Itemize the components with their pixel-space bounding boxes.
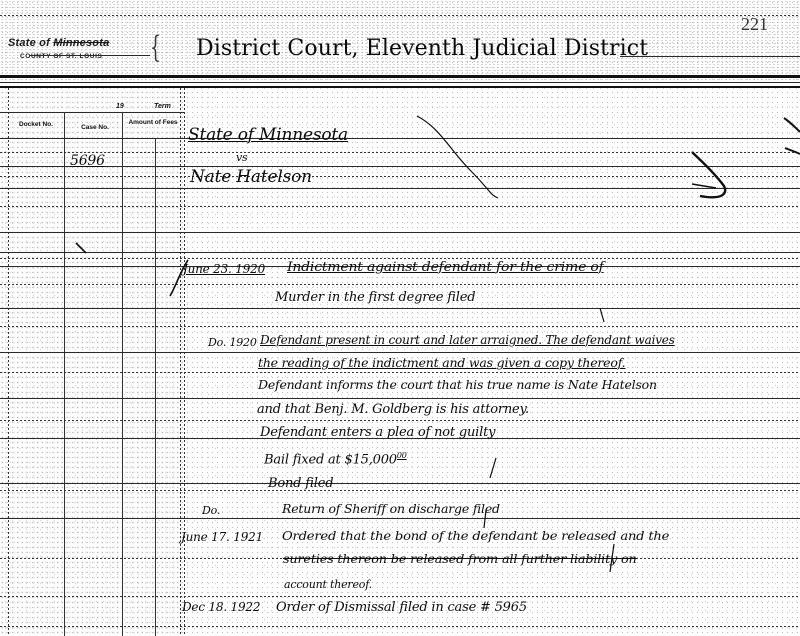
entry-line: Murder in the first degree filed bbox=[275, 290, 475, 305]
margin-stroke bbox=[785, 148, 800, 154]
entry-line: Order of Dismissal filed in case # 5965 bbox=[276, 600, 527, 615]
row-rule bbox=[0, 232, 800, 233]
row-rule bbox=[0, 372, 800, 373]
row-rule bbox=[0, 352, 800, 353]
state-prefix: State of bbox=[8, 37, 50, 49]
descender-stroke bbox=[600, 308, 604, 322]
entry-line: account thereof. bbox=[284, 578, 372, 591]
entry-date: Dec 18. 1922 bbox=[182, 600, 260, 614]
margin-stroke bbox=[784, 118, 800, 132]
col-line-entries bbox=[180, 88, 181, 636]
state-label: State of Minnesota bbox=[8, 37, 109, 49]
row-rule bbox=[0, 483, 800, 484]
entry-date: Do. bbox=[202, 504, 220, 517]
row-rule bbox=[0, 398, 800, 399]
defendant-name: Nate Hatelson bbox=[190, 167, 312, 187]
row-rule bbox=[0, 206, 800, 207]
rule-top bbox=[0, 15, 800, 16]
descender-stroke bbox=[490, 458, 496, 478]
col-header-case-no: Case No. bbox=[68, 124, 122, 131]
row-rule bbox=[0, 626, 800, 627]
row-rule bbox=[0, 252, 800, 253]
entry-line: Defendant present in court and later arr… bbox=[260, 333, 675, 347]
closing-bracket-stroke bbox=[692, 152, 725, 197]
col-line-fees bbox=[155, 138, 156, 636]
rule-header-thin bbox=[0, 82, 800, 83]
entry-line: Defendant informs the court that his tru… bbox=[258, 377, 657, 392]
col-header-docket-no: Docket No. bbox=[14, 121, 58, 128]
entry-line: sureties thereon be released from all fu… bbox=[283, 551, 637, 566]
row-rule bbox=[0, 596, 800, 597]
page-number: 221 bbox=[741, 14, 768, 35]
row-rule bbox=[0, 326, 800, 327]
entry-line: Ordered that the bond of the defendant b… bbox=[282, 528, 669, 543]
row-rule bbox=[0, 152, 800, 153]
entry-date: June 17. 1921 bbox=[181, 530, 263, 544]
row-rule bbox=[0, 308, 800, 309]
rule-county bbox=[30, 55, 150, 56]
ledger-page: State of Minnesota COUNTY OF ST. LOUIS {… bbox=[0, 0, 800, 636]
row-rule bbox=[0, 518, 800, 519]
bail-cents: 00 bbox=[397, 451, 407, 460]
year-prefix: 19 bbox=[116, 103, 124, 110]
rule-title-tail bbox=[620, 56, 800, 57]
entry-line: Defendant enters a plea of not guilty bbox=[260, 425, 495, 440]
entry-date: June 23. 1920 bbox=[183, 262, 265, 276]
entry-date: Do. 1920 bbox=[208, 336, 257, 349]
col-header-amount-of-fees: Amount of Fees bbox=[126, 119, 180, 126]
court-title: District Court, Eleventh Judicial Distri… bbox=[196, 36, 648, 61]
row-rule bbox=[0, 188, 800, 189]
entry-line: Return of Sheriff on discharge filed bbox=[282, 501, 500, 516]
long-curve-stroke bbox=[417, 116, 498, 198]
row-rule bbox=[0, 176, 800, 177]
case-number: 5696 bbox=[70, 153, 105, 169]
brace-icon: { bbox=[150, 33, 161, 63]
rule-header-thick-2 bbox=[0, 86, 800, 88]
col-line-margin bbox=[8, 88, 9, 636]
entry-line: and that Benj. M. Goldberg is his attorn… bbox=[257, 402, 529, 417]
term-label: Term bbox=[154, 103, 171, 110]
entry-line-bail: Bail fixed at $15,00000 bbox=[264, 451, 407, 467]
row-rule bbox=[0, 284, 800, 285]
row-rule bbox=[0, 166, 800, 167]
col-line-entries-2 bbox=[184, 88, 185, 636]
row-rule bbox=[0, 138, 800, 139]
row-rule bbox=[0, 490, 800, 491]
plaintiff-name: State of Minnesota bbox=[188, 125, 348, 145]
versus-label: vs bbox=[236, 151, 247, 164]
row-rule bbox=[0, 420, 800, 421]
row-rule bbox=[0, 258, 800, 259]
state-name: Minnesota bbox=[53, 37, 109, 49]
entry-line: the reading of the indictment and was gi… bbox=[258, 355, 625, 370]
bail-text: Bail fixed at $15,000 bbox=[264, 452, 397, 467]
rule-col-top bbox=[0, 112, 185, 113]
entry-line: Bond filed bbox=[268, 476, 333, 491]
entry-line: Indictment against defendant for the cri… bbox=[287, 260, 604, 275]
rule-header-thick-1 bbox=[0, 75, 800, 78]
